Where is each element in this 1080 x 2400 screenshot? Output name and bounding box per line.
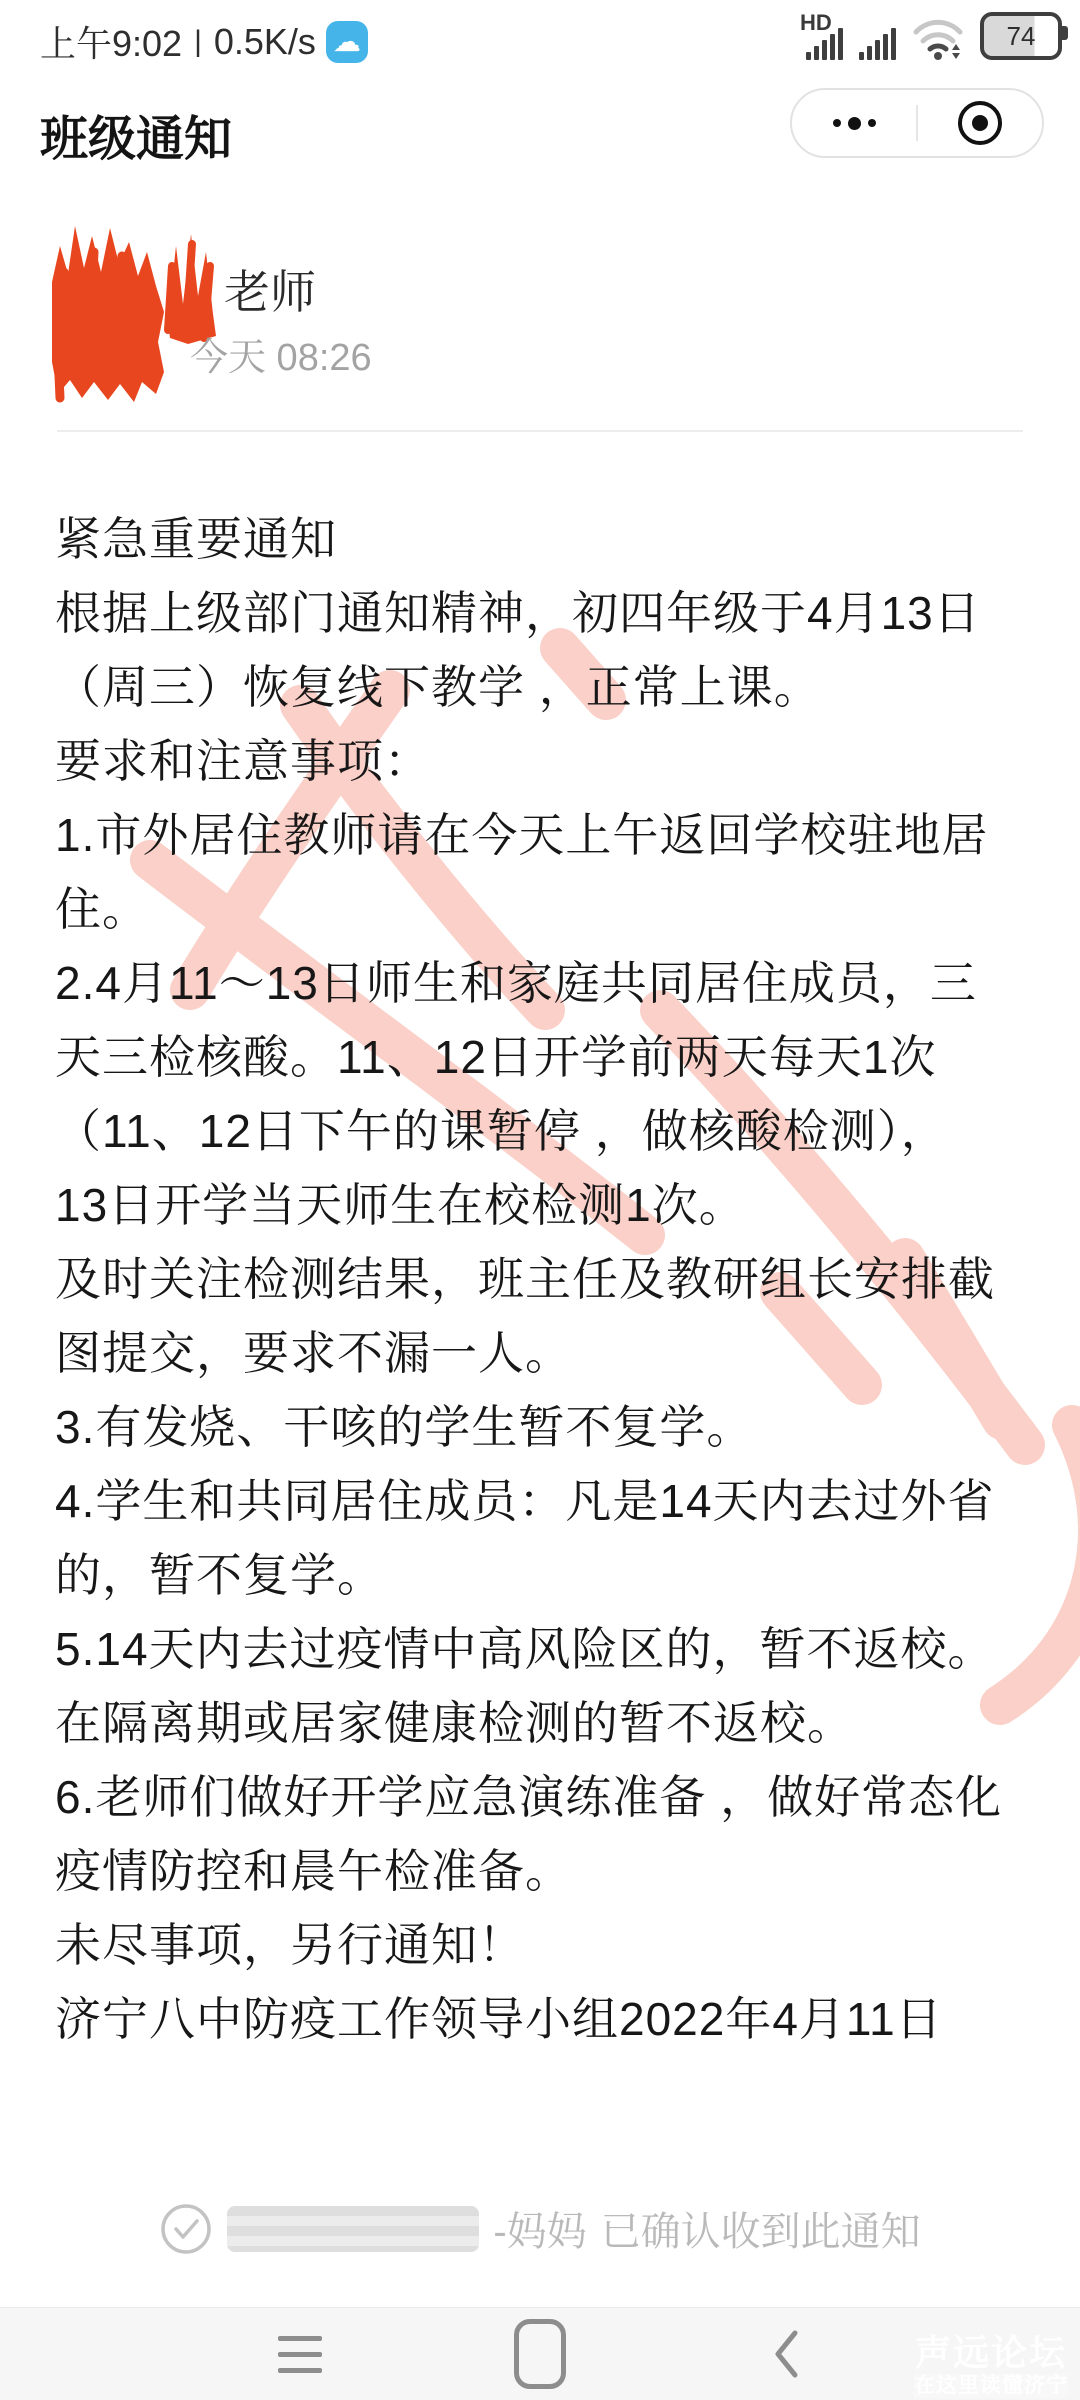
- notice-line: 天三检核酸。11、12日开学前两天每天1次: [55, 1020, 1032, 1094]
- confirmation-row: -妈妈 已确认收到此通知: [0, 2200, 1080, 2257]
- miniprogram-capsule: [790, 88, 1044, 158]
- clock-text: 上午9:02: [40, 16, 182, 67]
- signal-sim1: HD: [806, 26, 843, 60]
- notice-line: 要求和注意事项：: [55, 724, 1032, 798]
- cloud-app-icon: ☁: [326, 21, 368, 63]
- sender-timestamp: 今天 08:26: [190, 326, 372, 381]
- forum-watermark-title: 声远论坛: [914, 2332, 1068, 2373]
- check-circle-icon: [159, 2202, 213, 2256]
- back-chevron-icon: [773, 2329, 799, 2379]
- status-left: 上午9:02 | 0.5K/s ☁: [40, 16, 368, 67]
- notice-line: 住。: [55, 872, 1032, 946]
- confirm-message: 已确认收到此通知: [601, 2200, 921, 2257]
- notice-line: 未尽事项，另行通知！: [55, 1908, 1032, 1982]
- notice-line: 的，暂不复学。: [55, 1538, 1032, 1612]
- notice-line: 1.市外居住教师请在今天上午返回学校驻地居: [55, 798, 1032, 872]
- back-button[interactable]: [726, 2308, 846, 2400]
- notice-body: 紧急重要通知根据上级部门通知精神，初四年级于4月13日（周三）恢复线下教学 ，正…: [55, 502, 1032, 2056]
- notice-line: 4.学生和共同居住成员：凡是14天内去过外省: [55, 1464, 1032, 1538]
- hd-badge: HD: [800, 10, 832, 36]
- signal-bars2-icon: [859, 26, 896, 60]
- ellipsis-icon: [833, 117, 876, 130]
- sender-name: 老师: [224, 256, 316, 322]
- circle-dot-icon: [958, 101, 1002, 145]
- more-button[interactable]: [792, 90, 916, 156]
- forum-watermark-slogan: 在这里读懂济宁: [914, 2374, 1068, 2398]
- home-icon: [514, 2319, 566, 2389]
- status-bar: 上午9:02 | 0.5K/s ☁ HD 74: [0, 0, 1080, 72]
- confirm-name-suffix: -妈妈: [493, 2200, 586, 2257]
- notice-line: 6.老师们做好开学应急演练准备 ，做好常态化: [55, 1760, 1032, 1834]
- notice-line: 13日开学当天师生在校检测1次。: [55, 1168, 1032, 1242]
- battery-level: 74: [1007, 21, 1036, 52]
- notice-line: （周三）恢复线下教学 ，正常上课。: [55, 650, 1032, 724]
- section-divider: [57, 430, 1023, 432]
- notice-line: 济宁八中防疫工作领导小组2022年4月11日: [55, 1982, 1032, 2056]
- page-title: 班级通知: [40, 100, 232, 169]
- status-divider: |: [192, 25, 204, 59]
- forum-watermark: 声远论坛 在这里读懂济宁: [914, 2332, 1068, 2398]
- battery-icon: 74: [980, 12, 1062, 60]
- notice-line: 紧急重要通知: [55, 502, 1032, 576]
- notice-line: 图提交，要求不漏一人。: [55, 1316, 1032, 1390]
- wifi-icon: [912, 16, 964, 60]
- notice-line: （11、12日下午的课暂停 ，做核酸检测），: [55, 1094, 1032, 1168]
- net-speed-text: 0.5K/s: [214, 21, 316, 63]
- close-home-button[interactable]: [918, 90, 1042, 156]
- home-button[interactable]: [480, 2308, 600, 2400]
- navigation-bar: 声远论坛 在这里读懂济宁: [0, 2307, 1080, 2400]
- blurred-parent-name: [227, 2206, 479, 2252]
- menu-icon: [278, 2336, 322, 2373]
- status-right: HD 74: [806, 12, 1062, 60]
- notice-line: 3.有发烧、干咳的学生暂不复学。: [55, 1390, 1032, 1464]
- notice-line: 在隔离期或居家健康检测的暂不返校。: [55, 1686, 1032, 1760]
- notice-line: 5.14天内去过疫情中高风险区的，暂不返校。: [55, 1612, 1032, 1686]
- notice-line: 2.4月11～13日师生和家庭共同居住成员，三: [55, 946, 1032, 1020]
- recents-button[interactable]: [240, 2308, 360, 2400]
- notice-line: 根据上级部门通知精神，初四年级于4月13日: [55, 576, 1032, 650]
- notice-line: 疫情防控和晨午检准备。: [55, 1834, 1032, 1908]
- notice-line: 及时关注检测结果，班主任及教研组长安排截: [55, 1242, 1032, 1316]
